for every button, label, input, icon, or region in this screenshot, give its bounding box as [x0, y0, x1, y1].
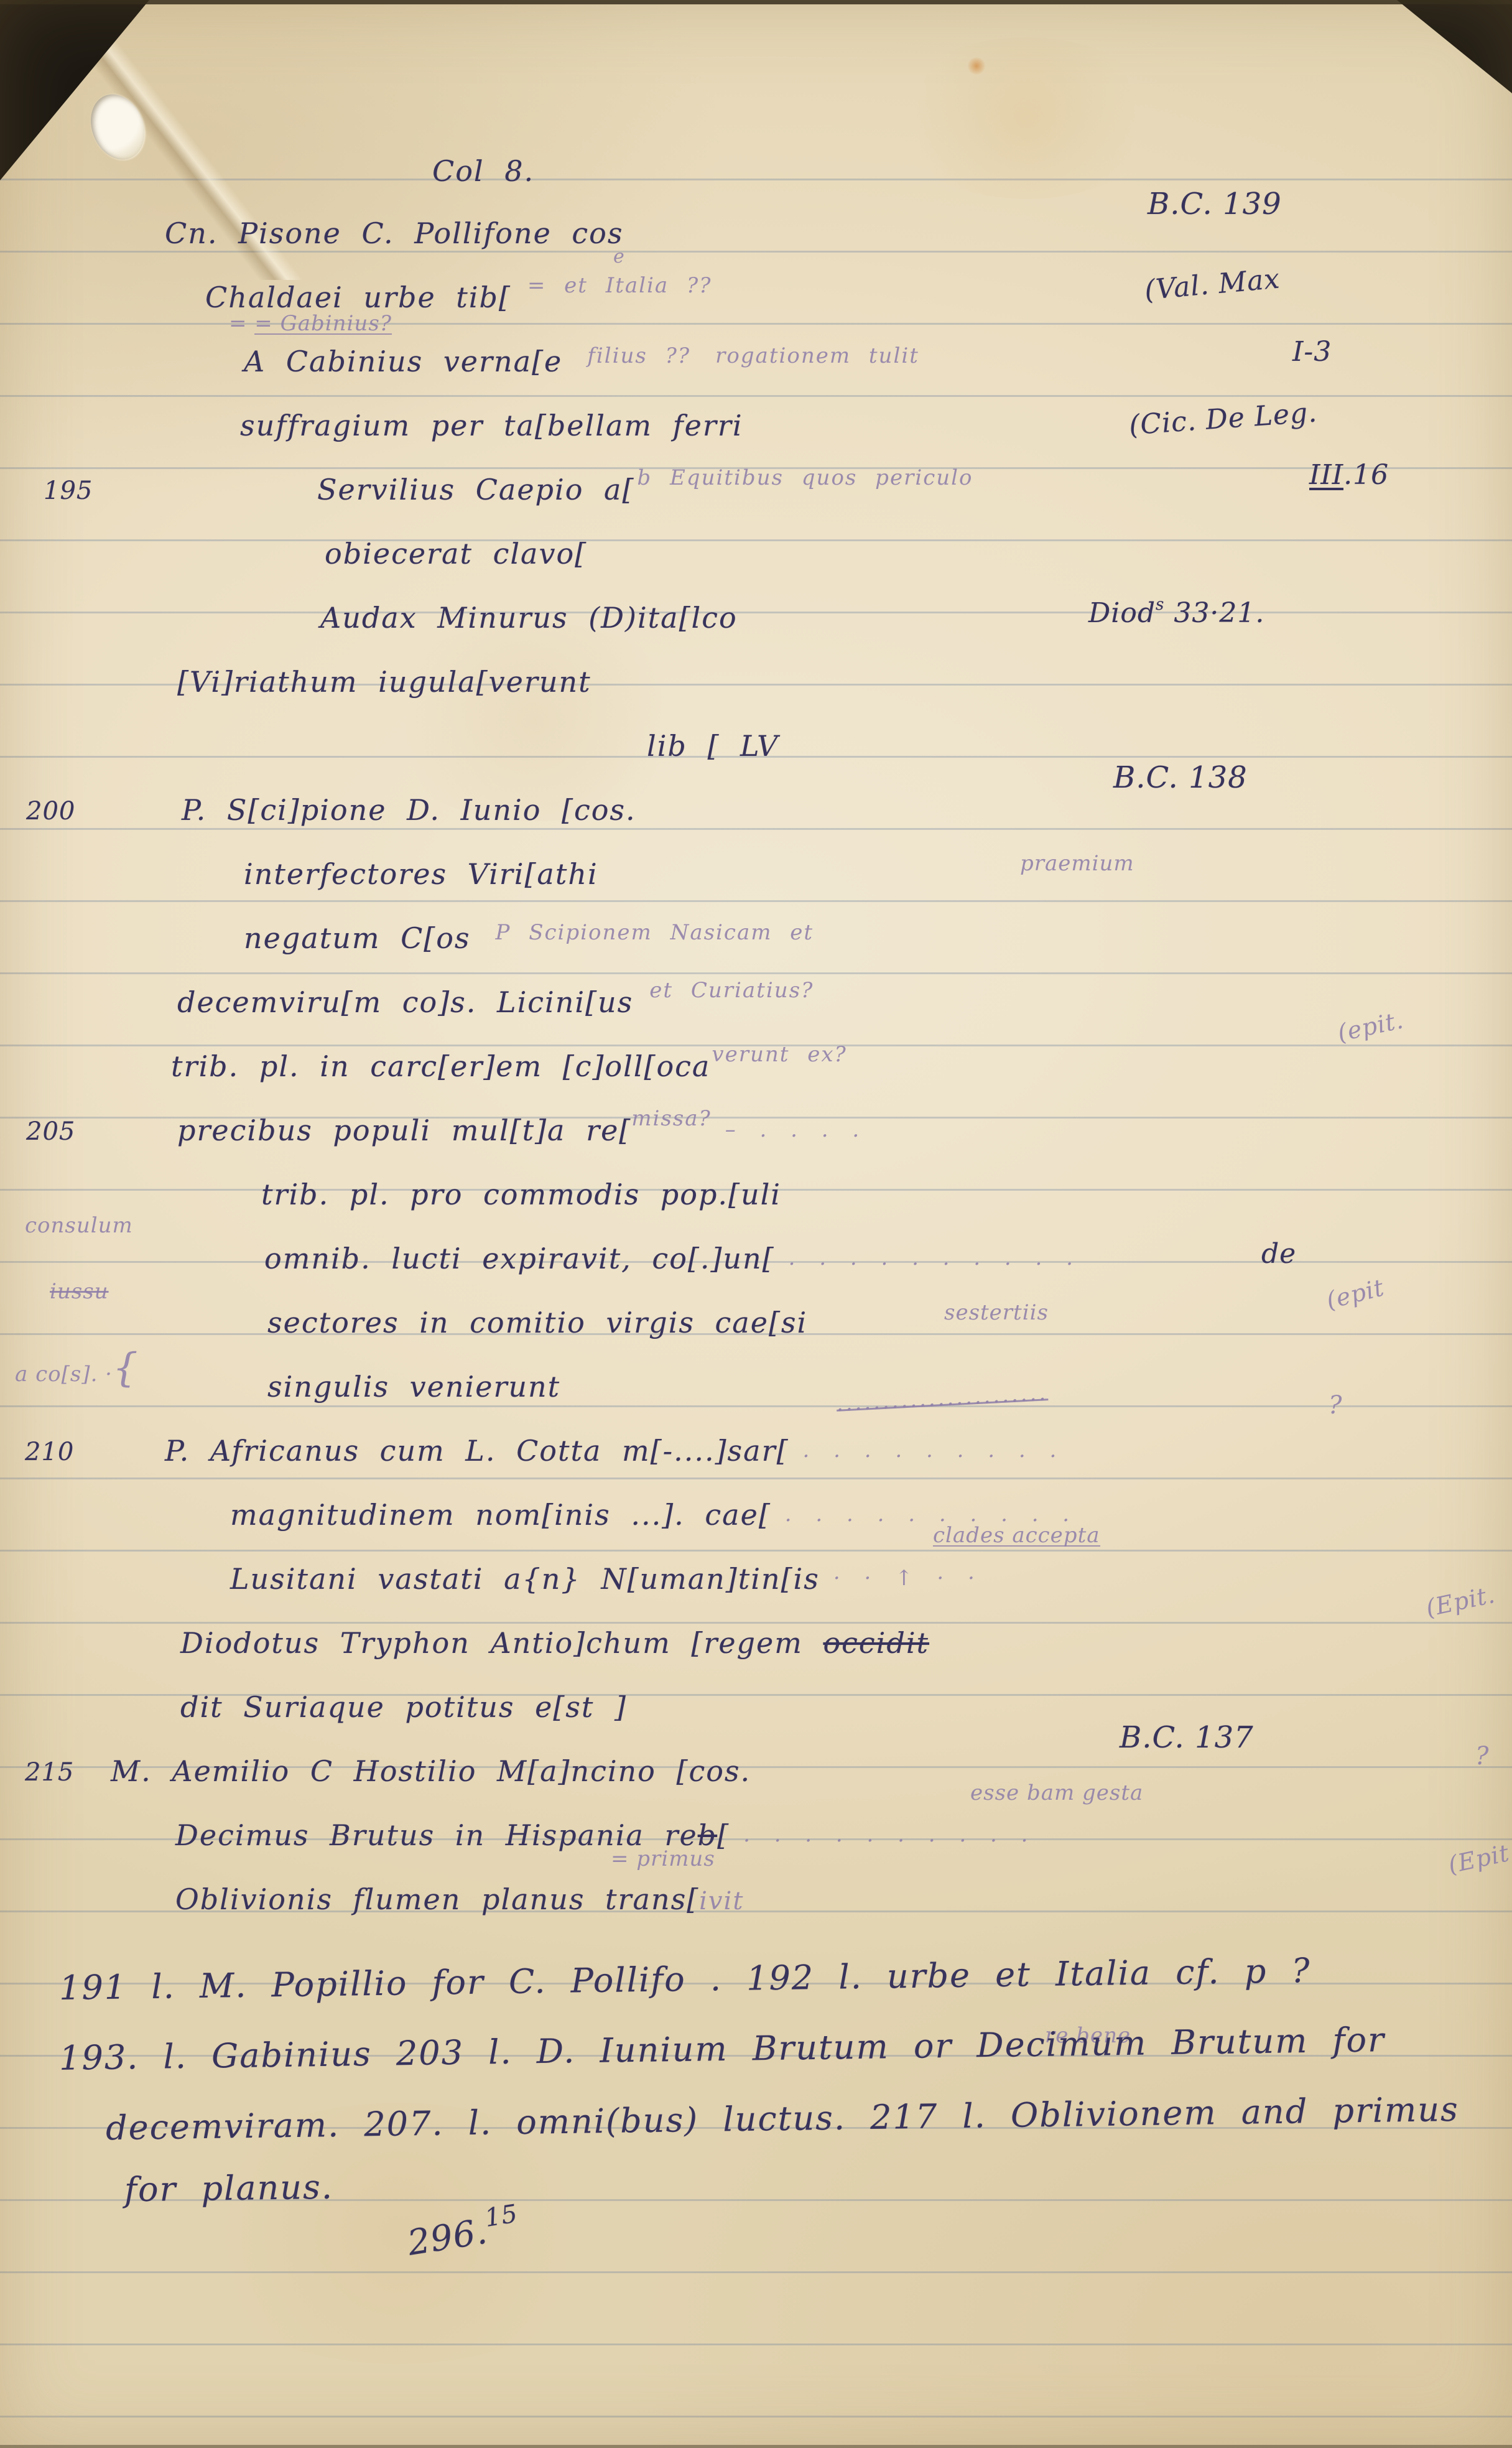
- pencil-annotation: verunt ex?: [712, 1042, 846, 1067]
- line-text: decemviru[m co]s. Licini[us: [177, 985, 633, 1019]
- pencil-dots: . . . . . . . . .: [803, 1438, 1060, 1463]
- margin-line-number: 200: [26, 797, 75, 826]
- pencil-annotation: = et Italia ??: [527, 273, 712, 298]
- line-text: M. Aemilio C Hostilio M[a]ncino [cos.: [111, 1754, 751, 1788]
- manuscript-line: Chaldaei urbe tib[= et Italia ??: [205, 281, 712, 314]
- source-reference: Diods 33·21.: [1088, 597, 1264, 629]
- pencil-dots: · · ↑ · ·: [833, 1566, 978, 1591]
- line-text: lib [ LV: [647, 729, 779, 763]
- epitome-reference: (Epit.: [1424, 1581, 1498, 1622]
- manuscript-line: P. Africanus cum L. Cotta m[-....]sar[. …: [165, 1434, 1060, 1468]
- line-text: Cn. Pisone C. Pollifone cos: [165, 216, 623, 250]
- line-text: trib. pl. pro commodis pop.[uli: [261, 1178, 781, 1211]
- superscript-letter: s: [1156, 595, 1164, 614]
- epitome-reference: (epit.: [1335, 1006, 1406, 1046]
- pencil-query: ?: [1475, 1742, 1489, 1771]
- struck-word: occidit: [823, 1626, 929, 1660]
- brace-glyph: {: [113, 1345, 139, 1391]
- manuscript-line: Oblivionis flumen planus trans[ivit: [175, 1883, 744, 1916]
- page-number-main: 296.: [405, 2211, 490, 2263]
- manuscript-line: Decimus Brutus in Hispania reb[. . . . .…: [175, 1818, 1031, 1852]
- line-text: singulis venierunt: [267, 1370, 560, 1403]
- manuscript-line: Servilius Caepio a[b Equitibus quos peri…: [317, 473, 973, 506]
- year-reference: B.C. 137: [1120, 1720, 1254, 1755]
- line-text: precibus populi mul[t]a re[: [177, 1114, 631, 1147]
- epitome-reference: (Epit: [1446, 1839, 1512, 1879]
- manuscript-line: M. Aemilio C Hostilio M[a]ncino [cos.: [111, 1754, 751, 1788]
- margin-pencil-note: a co[s]. ·{: [15, 1345, 139, 1391]
- struck-pencil-text: ·······················: [836, 1387, 1049, 1423]
- manuscript-line: lib [ LV: [647, 729, 779, 763]
- superscript-letter: e: [613, 246, 625, 268]
- section-number: .16: [1343, 459, 1389, 491]
- manuscript-line: Diodotus Tryphon Antio]chum [regem occid…: [180, 1626, 929, 1660]
- line-text: de: [1261, 1238, 1296, 1270]
- manuscript-line: Audax Minurus (D)ita[lco: [320, 601, 738, 635]
- manuscript-line: negatum C[osP Scipionem Nasicam et: [244, 921, 814, 955]
- line-text: interfectores Viri[athi: [244, 857, 598, 891]
- pencil-annotation: missa?: [631, 1106, 712, 1131]
- line-text: Audax Minurus (D)ita[lco: [320, 601, 738, 635]
- line-text: Lusitani vastati a{n} N[uman]tin[is: [230, 1562, 820, 1596]
- line-text: dit Suriaque potitus e[st ]: [180, 1690, 627, 1724]
- line-text: Chaldaei urbe tib[: [205, 281, 511, 314]
- margin-line-number: 205: [26, 1117, 75, 1146]
- margin-line-number: 215: [25, 1758, 74, 1787]
- column-header: Col 8.: [432, 154, 534, 188]
- collation-notes-line: decemviram. 207. l. omni(bus) luctus. 21…: [106, 2090, 1460, 2148]
- manuscript-line: obiecerat clavo[: [325, 537, 587, 570]
- source-name: Diod: [1088, 597, 1156, 629]
- pencil-dots: . . . . . . . . . .: [789, 1245, 1077, 1270]
- line-text: Servilius Caepio a[: [317, 473, 634, 506]
- line-text: suffragium per ta[bellam ferri: [240, 409, 743, 442]
- pencil-dots: . . . . . . . . . .: [743, 1822, 1031, 1847]
- line-text: P. S[ci]pione D. Iunio [cos.: [182, 793, 636, 827]
- page-edge: [0, 2445, 1512, 2448]
- roman-numeral: III: [1309, 463, 1343, 490]
- manuscript-line: precibus populi mul[t]a re[missa?– . . .…: [177, 1114, 863, 1147]
- struck-pencil-annotation: ·······················: [836, 1387, 1049, 1423]
- pencil-annotation: P Scipionem Nasicam et: [496, 920, 814, 945]
- line-text: trib. pl. in carc[er]em [c]oll[oca: [171, 1049, 710, 1083]
- stain: [889, 37, 1163, 199]
- epitome-reference: (epit: [1324, 1273, 1387, 1314]
- manuscript-page: { "header": { "column": "Col 8." }, "ref…: [0, 0, 1512, 2448]
- stain: [968, 57, 985, 75]
- collation-notes-line: for planus.: [124, 2167, 334, 2210]
- line-text: Oblivionis flumen planus trans[: [175, 1883, 699, 1916]
- pencil-annotation-text: = Gabinius?: [254, 314, 392, 335]
- pencil-annotation: clades accepta: [933, 1523, 1100, 1548]
- line-text: negatum C[os: [244, 921, 471, 955]
- margin-pencil-note: iussu: [50, 1279, 109, 1304]
- manuscript-line: sectores in comitio virgis cae[si: [267, 1306, 807, 1339]
- line-text: P. Africanus cum L. Cotta m[-....]sar[: [165, 1434, 789, 1468]
- margin-pencil-note: consulum: [25, 1213, 133, 1238]
- source-reference: (Cic. De Leg.: [1128, 396, 1319, 441]
- manuscript-line: suffragium per ta[bellam ferri: [240, 409, 743, 442]
- manuscript-line: A Cabinius verna[efilius ??rogationem tu…: [244, 345, 919, 378]
- line-text: A Cabinius verna[e: [244, 345, 562, 378]
- source-reference: III.16: [1309, 459, 1389, 491]
- pencil-annotation: b Equitibus quos periculo: [637, 465, 973, 490]
- collation-notes-line: 191 l. M. Popillio for C. Pollifo . 192 …: [59, 1951, 1311, 2008]
- line-text: obiecerat clavo[: [325, 537, 587, 570]
- year-reference: B.C. 138: [1113, 760, 1248, 795]
- pencil-annotation: = = Gabinius?: [229, 311, 392, 336]
- line-text: omnib. lucti expiravit, co[.]un[: [264, 1242, 775, 1275]
- collation-notes-line: 193. l. Gabinius 203 l. D. Iunium Brutum…: [59, 2020, 1386, 2078]
- pencil-dots: – . . . .: [725, 1117, 863, 1142]
- source-reference: I-3: [1292, 336, 1332, 368]
- manuscript-line: Cn. Pisone C. Pollifone cos: [165, 216, 623, 250]
- page-number-sup: 15: [483, 2199, 519, 2233]
- pencil-annotation: rogationem tulit: [715, 343, 919, 368]
- margin-line-number: 210: [25, 1438, 74, 1466]
- pencil-query: ?: [1329, 1391, 1342, 1420]
- line-text: sectores in comitio virgis cae[si: [267, 1306, 807, 1339]
- line-text: Diodotus Tryphon Antio]chum [regem: [180, 1626, 823, 1660]
- pencil-annotation: filius ??: [587, 343, 690, 368]
- pencil-annotation: = primus: [611, 1846, 715, 1871]
- paper-corner-shadow: [1397, 0, 1512, 93]
- manuscript-line: interfectores Viri[athi: [244, 857, 598, 891]
- manuscript-line: [Vi]riathum iugula[verunt: [177, 665, 591, 699]
- manuscript-line: trib. pl. pro commodis pop.[uli: [261, 1178, 781, 1211]
- manuscript-line: P. S[ci]pione D. Iunio [cos.: [182, 793, 636, 827]
- pencil-annotation-text: clades accepta: [933, 1526, 1100, 1547]
- manuscript-line: Lusitani vastati a{n} N[uman]tin[is· · ↑…: [230, 1562, 978, 1596]
- section-number: 33·21.: [1174, 597, 1264, 629]
- stain: [373, 622, 697, 821]
- pencil-annotation: esse bam gesta: [970, 1780, 1143, 1805]
- line-text: [Vi]riathum iugula[verunt: [177, 665, 591, 699]
- manuscript-line: singulis venierunt: [267, 1370, 560, 1403]
- manuscript-line: omnib. lucti expiravit, co[.]un[. . . . …: [264, 1242, 1077, 1275]
- pencil-annotation: praemium: [1020, 851, 1134, 876]
- pencil-word: ivit: [699, 1887, 744, 1915]
- manuscript-line: decemviru[m co]s. Licini[uset Curiatius?: [177, 985, 814, 1019]
- margin-pencil-text: a co[s]. ·: [15, 1362, 113, 1387]
- margin-line-number: 195: [44, 477, 93, 505]
- line-text: [: [717, 1818, 730, 1852]
- manuscript-line: dit Suriaque potitus e[st ]: [180, 1690, 627, 1724]
- pencil-annotation: sestertiis: [944, 1300, 1049, 1325]
- manuscript-line: trib. pl. in carc[er]em [c]oll[ocaverunt…: [171, 1049, 847, 1083]
- page-number: 296.15: [405, 2206, 523, 2264]
- pencil-annotation: et Curiatius?: [649, 978, 814, 1003]
- punch-hole: [81, 86, 154, 168]
- line-text: magnitudinem nom[inis ...]. cae[: [230, 1498, 771, 1532]
- year-reference: B.C. 139: [1148, 187, 1282, 221]
- source-reference: (Val. Max: [1143, 263, 1281, 307]
- page-edge: [0, 0, 1512, 4]
